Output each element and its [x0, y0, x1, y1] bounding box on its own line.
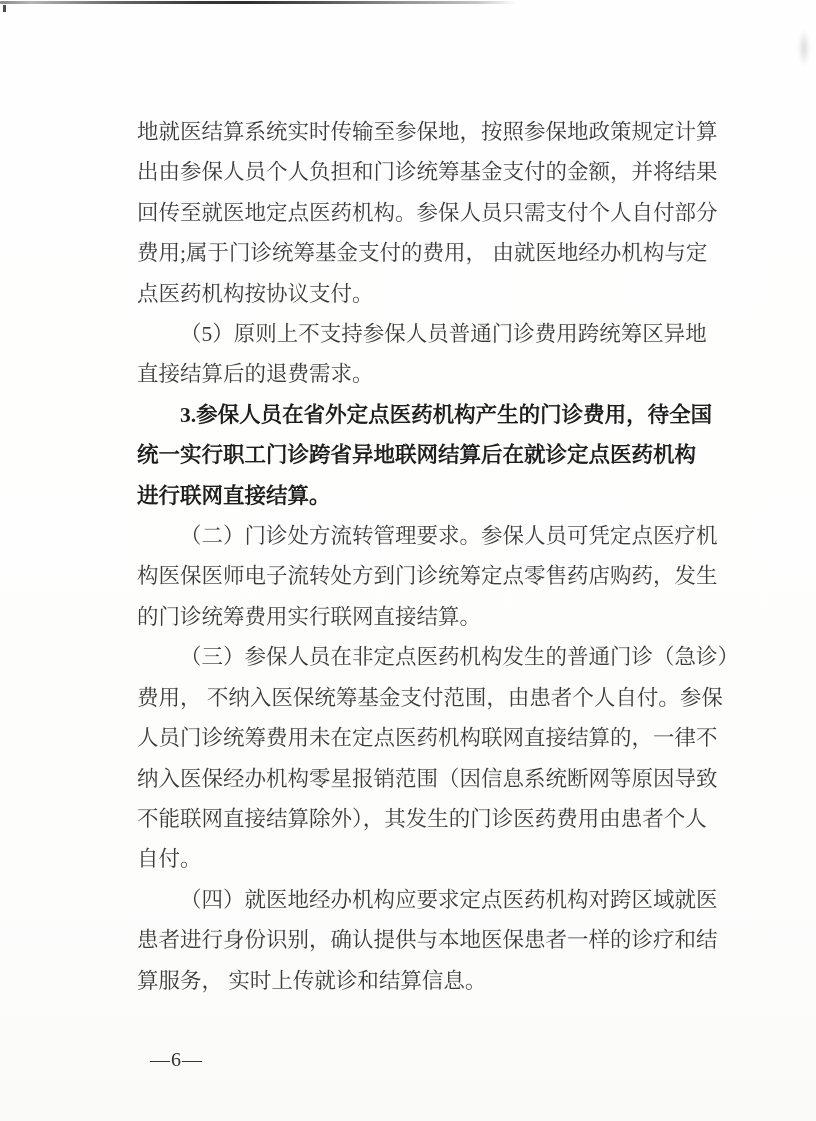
scan-artifact-corner-mark — [3, 5, 6, 12]
text-line: （5）原则上不支持参保人员普通门诊费用跨统筹区异地 — [137, 314, 695, 354]
paragraph-item-3-bold: 3.参保人员在省外定点医药机构产生的门诊费用，待全国 统一实行职工门诊跨省异地联… — [137, 395, 695, 516]
page-number: —6— — [150, 1049, 203, 1071]
text-line: 算服务， 实时上传就诊和结算信息。 — [137, 961, 695, 1001]
page-footer: —6— — [150, 1046, 203, 1074]
paragraph-item-er: （二）门诊处方流转管理要求。参保人员可凭定点医疗机 构医保医师电子流转处方到门诊… — [137, 516, 695, 637]
text-line: （四）就医地经办机构应要求定点医药机构对跨区域就医 — [137, 880, 695, 920]
text-line: 点医药机构按协议支付。 — [137, 274, 695, 314]
scan-artifact-smudge — [798, 30, 810, 66]
paragraph-item-5: （5）原则上不支持参保人员普通门诊费用跨统筹区异地 直接结算后的退费需求。 — [137, 314, 695, 395]
text-line: 3.参保人员在省外定点医药机构产生的门诊费用，待全国 — [137, 395, 695, 435]
scan-artifact-top-edge — [0, 1, 516, 4]
text-line: 费用， 不纳入医保统筹基金支付范围，由患者个人自付。参保 — [137, 678, 695, 718]
text-line: 费用;属于门诊统筹基金支付的费用， 由就医地经办机构与定 — [137, 233, 695, 273]
text-line: 进行联网直接结算。 — [137, 476, 695, 516]
text-line: 自付。 — [137, 839, 695, 879]
text-line: 地就医结算系统实时传输至参保地，按照参保地政策规定计算 — [137, 112, 695, 152]
paragraph-item-san: （三）参保人员在非定点医药机构发生的普通门诊（急诊） 费用， 不纳入医保统筹基金… — [137, 637, 695, 879]
text-line: 患者进行身份识别，确认提供与本地医保患者一样的诊疗和结 — [137, 920, 695, 960]
text-line: 纳入医保经办机构零星报销范围（因信息系统断网等原因导致 — [137, 759, 695, 799]
paragraph-item-si: （四）就医地经办机构应要求定点医药机构对跨区域就医 患者进行身份识别，确认提供与… — [137, 880, 695, 1001]
text-line: 构医保医师电子流转处方到门诊统筹定点零售药店购药，发生 — [137, 556, 695, 596]
text-line: 人员门诊统筹费用未在定点医药机构联网直接结算的，一律不 — [137, 718, 695, 758]
text-line: （二）门诊处方流转管理要求。参保人员可凭定点医疗机 — [137, 516, 695, 556]
text-line: 统一实行职工门诊跨省异地联网结算后在就诊定点医药机构 — [137, 435, 695, 475]
text-line: 不能联网直接结算除外），其发生的门诊医药费用由患者个人 — [137, 799, 695, 839]
text-line: 的门诊统筹费用实行联网直接结算。 — [137, 597, 695, 637]
document-body: 地就医结算系统实时传输至参保地，按照参保地政策规定计算 出由参保人员个人负担和门… — [137, 112, 695, 1001]
text-line: 回传至就医地定点医药机构。参保人员只需支付个人自付部分 — [137, 193, 695, 233]
text-line: 出由参保人员个人负担和门诊统筹基金支付的金额，并将结果 — [137, 152, 695, 192]
paragraph-continuation: 地就医结算系统实时传输至参保地，按照参保地政策规定计算 出由参保人员个人负担和门… — [137, 112, 695, 314]
document-page: 地就医结算系统实时传输至参保地，按照参保地政策规定计算 出由参保人员个人负担和门… — [0, 0, 816, 1121]
text-line: （三）参保人员在非定点医药机构发生的普通门诊（急诊） — [137, 637, 695, 677]
text-line: 直接结算后的退费需求。 — [137, 354, 695, 394]
